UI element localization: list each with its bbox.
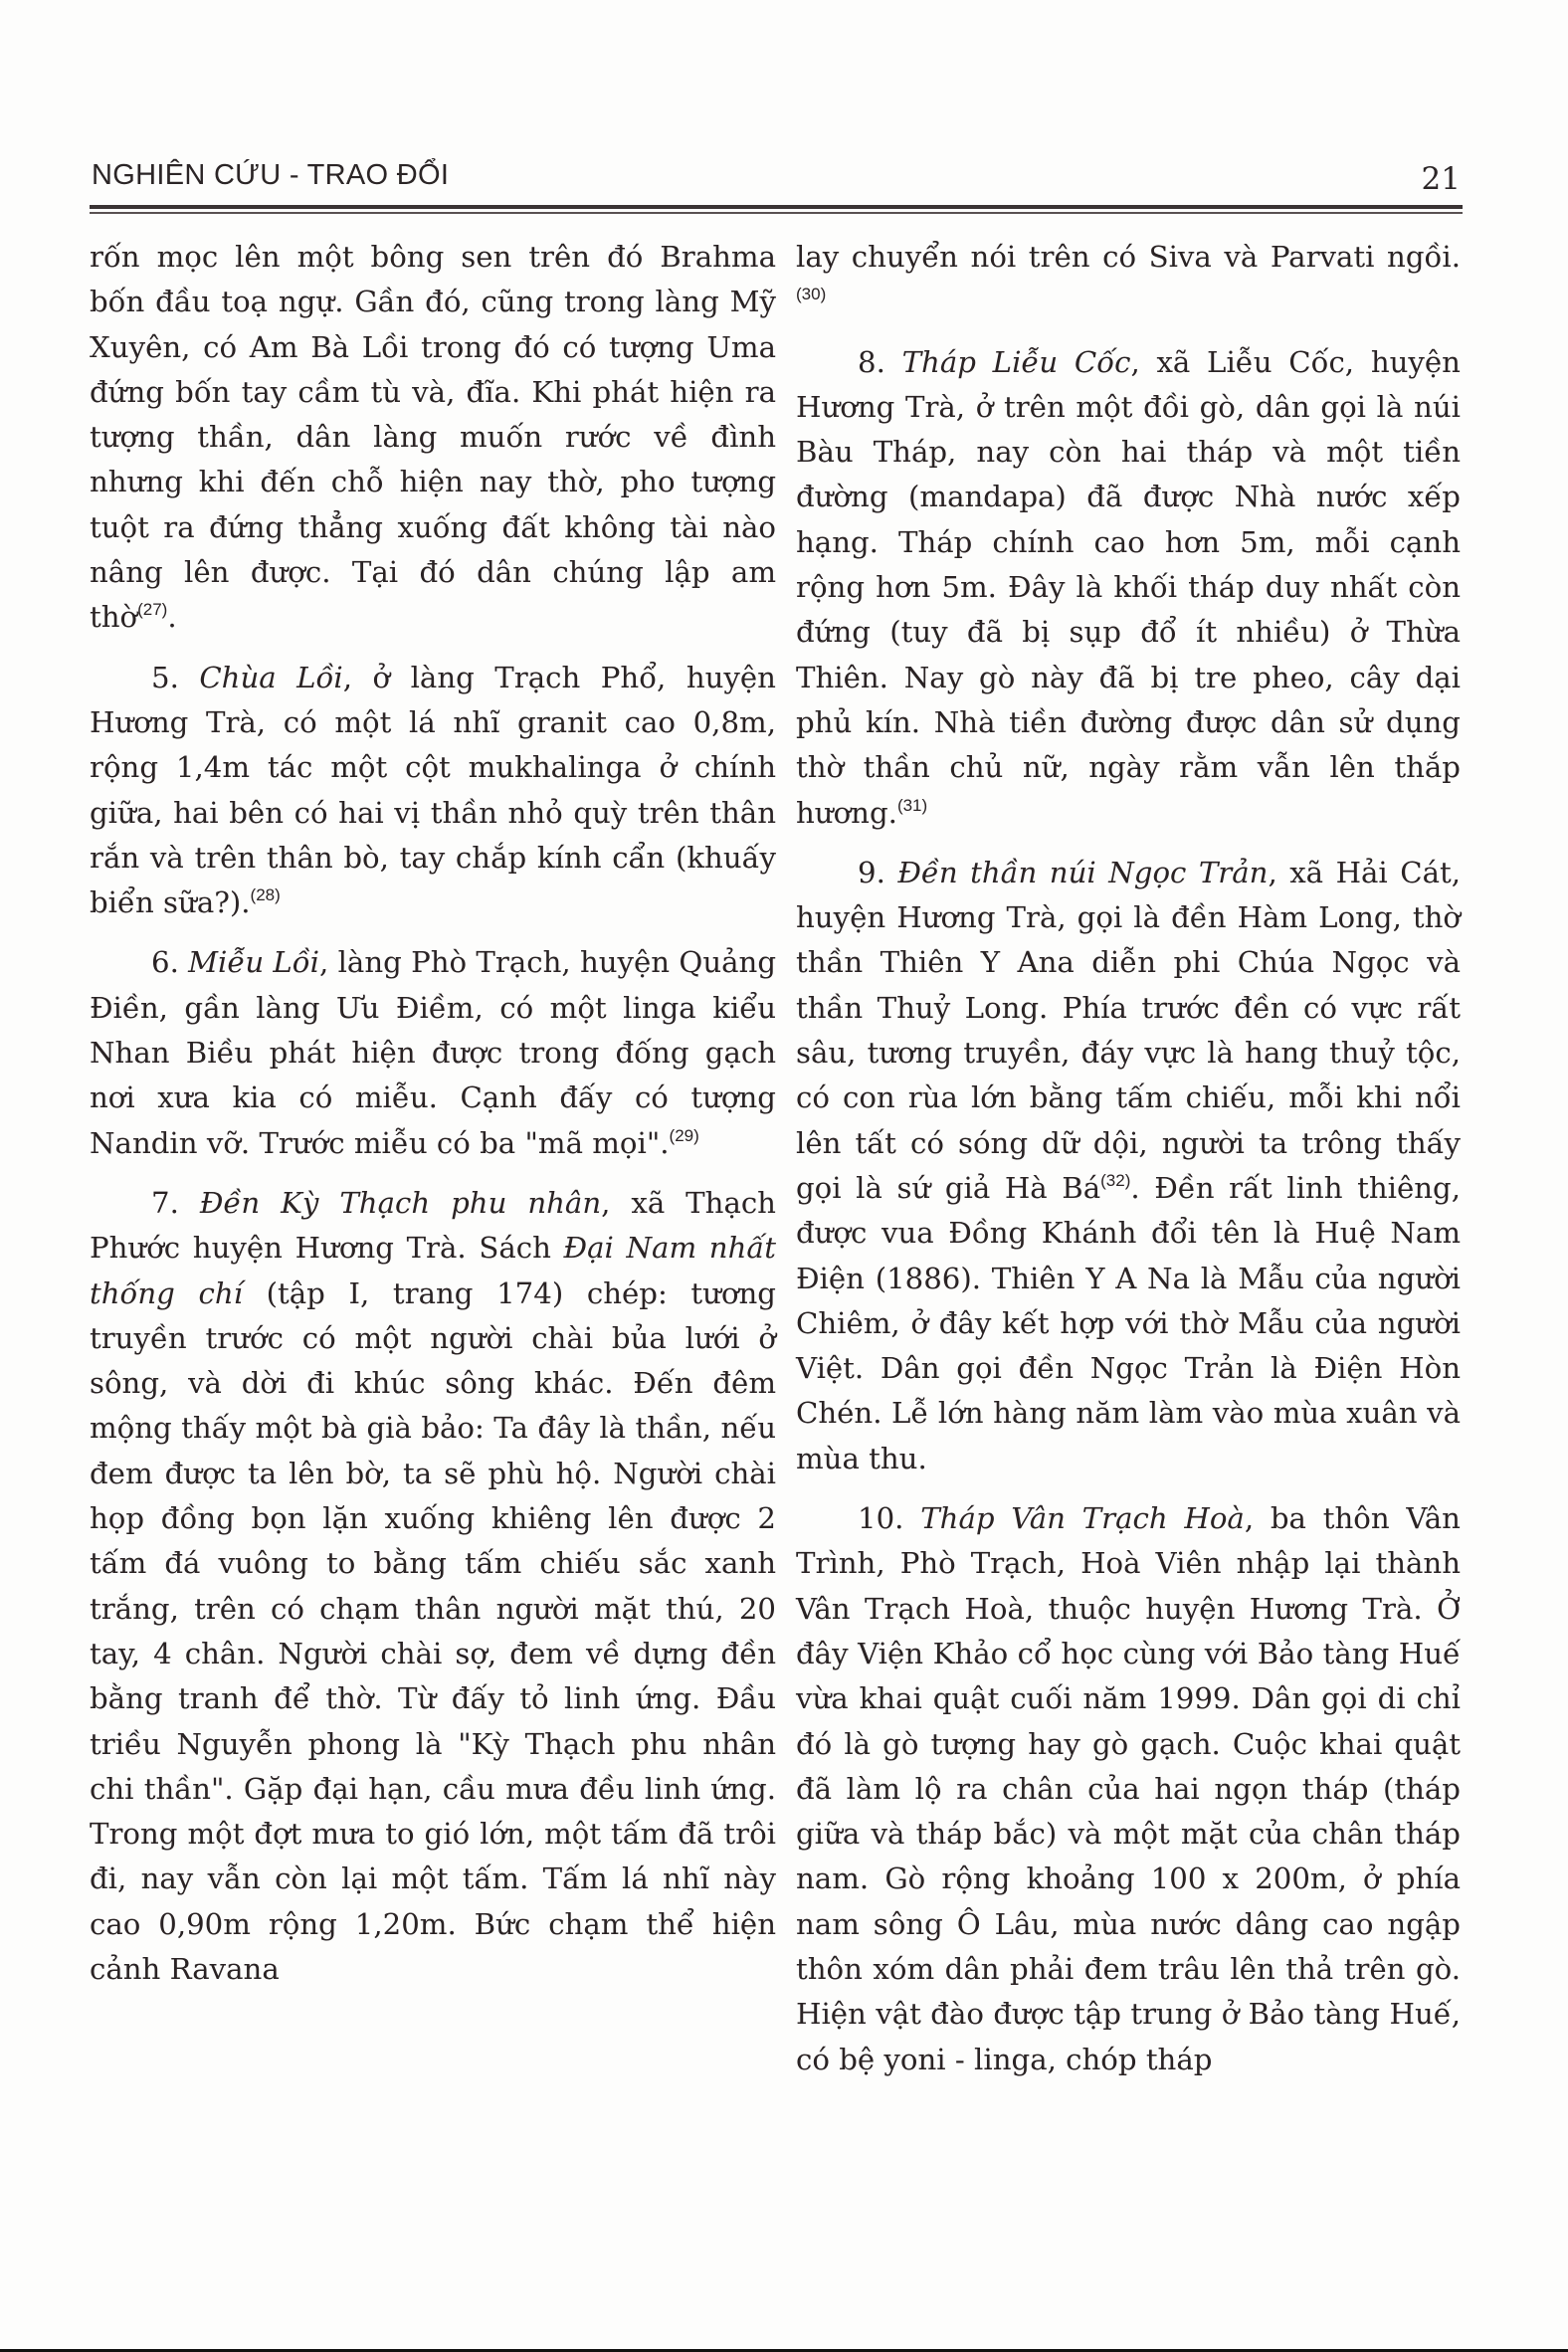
item-title: Tháp Vân Trạch Hoà: [920, 1501, 1245, 1535]
paragraph-continued: lay chuyển nói trên có Siva và Parvati n…: [796, 235, 1461, 325]
item-number: 6.: [151, 945, 188, 979]
footnote-ref-27[interactable]: (27): [137, 600, 167, 619]
item-title: Tháp Liễu Cốc: [902, 345, 1131, 379]
page-number: 21: [1422, 161, 1461, 197]
running-header: NGHIÊN CỨU - TRAO ĐỔI 21: [92, 159, 1461, 203]
header-double-rule: [90, 205, 1463, 215]
paragraph-item-5: 5. Chùa Lồi, ở làng Trạch Phổ, huyện Hươ…: [90, 656, 776, 926]
footnote-ref-32[interactable]: (32): [1100, 1171, 1130, 1190]
item-title: Chùa Lồi: [199, 661, 342, 694]
paragraph-item-6: 6. Miễu Lồi, làng Phò Trạch, huyện Quảng…: [90, 940, 776, 1165]
item-number: 7.: [151, 1186, 200, 1220]
header-rule-thin: [90, 212, 1463, 214]
footnote-ref-28[interactable]: (28): [251, 885, 281, 904]
document-page: NGHIÊN CỨU - TRAO ĐỔI 21 rốn mọc lên một…: [0, 0, 1568, 2352]
item-title: Đền thần núi Ngọc Trản: [897, 856, 1268, 889]
paragraph-continued: rốn mọc lên một bông sen trên đó Brahma …: [90, 235, 776, 641]
footnote-ref-29[interactable]: (29): [670, 1126, 699, 1145]
item-number: 10.: [858, 1501, 920, 1535]
section-title: NGHIÊN CỨU - TRAO ĐỔI: [92, 159, 449, 192]
paragraph-item-10: 10. Tháp Vân Trạch Hoà, ba thôn Vân Trìn…: [796, 1496, 1461, 2082]
right-column: lay chuyển nói trên có Siva và Parvati n…: [796, 235, 1461, 2097]
item-number: 9.: [858, 856, 897, 889]
item-number: 5.: [151, 661, 199, 694]
paragraph-item-9: 9. Đền thần núi Ngọc Trản, xã Hải Cát, h…: [796, 851, 1461, 1481]
footnote-ref-31[interactable]: (31): [897, 796, 927, 815]
left-column: rốn mọc lên một bông sen trên đó Brahma …: [90, 235, 776, 2007]
header-rule-thick: [90, 205, 1463, 209]
item-number: 8.: [858, 345, 902, 379]
paragraph-item-7: 7. Đền Kỳ Thạch phu nhân, xã Thạch Phước…: [90, 1181, 776, 1992]
footnote-ref-30[interactable]: (30): [796, 285, 826, 303]
item-title: Miễu Lồi: [188, 945, 319, 979]
item-title: Đền Kỳ Thạch phu nhân: [200, 1186, 601, 1220]
paragraph-item-8: 8. Tháp Liễu Cốc, xã Liễu Cốc, huyện Hươ…: [796, 340, 1461, 836]
